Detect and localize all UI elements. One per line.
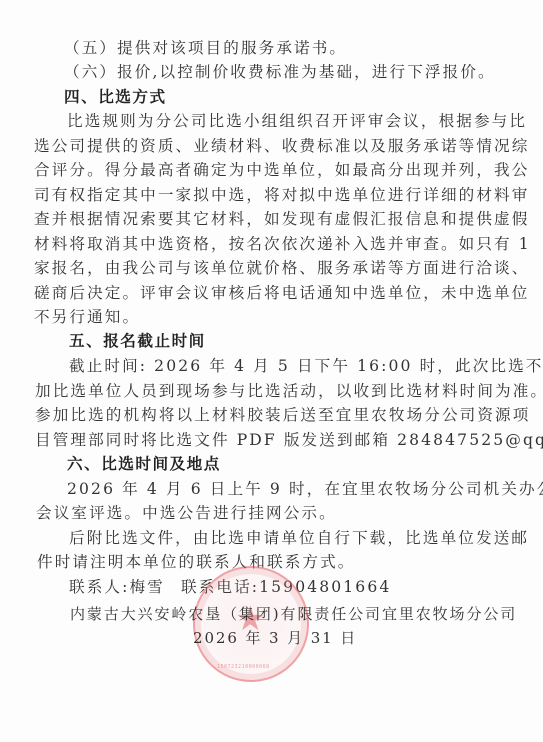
section-4-line-8: 磋商后决定。评审会议审核后将电话通知中选单位，未中选单位 — [34, 283, 472, 303]
document-page: （五）提供对该项目的服务承诺书。 （六）报价,以控制价收费标准为基础，进行下浮报… — [0, 0, 543, 742]
section-6-line-1: 2026 年 4 月 6 日上午 9 时，在宜里农牧场分公司机关办公楼 — [67, 479, 469, 499]
section-4-line-2: 选公司提供的资质、业绩材料、收费标准以及服务承诺等情况综 — [34, 136, 472, 156]
section-4-line-3: 合评分。得分最高者确定为中选单位，如最高分出现并列，我公 — [34, 160, 472, 180]
section-4-line-7: 家报名，由我公司与该单位就价格、服务承诺等方面进行洽谈、 — [34, 258, 464, 278]
contact-person-label: 联系人: — [69, 578, 129, 596]
section-4-heading: 四、比选方式 — [64, 87, 167, 107]
section-6-heading: 六、比选时间及地点 — [67, 454, 221, 474]
section-5-line-3: 参加比选的机构将以上材料胶装后送至宜里农牧场分公司资源项 — [35, 405, 471, 425]
item-5: （五）提供对该项目的服务承诺书。 — [64, 38, 347, 58]
section-5-line-4: 目管理部同时将比选文件 PDF 版发送到邮箱 284847525@qq.com。 — [35, 430, 475, 450]
official-seal-stamp: ★ 150723210000068 — [193, 566, 309, 682]
section-6-line-3: 后附比选文件，由比选申请单位自行下载，比选单位发送邮 — [69, 528, 473, 548]
contact-person-name: 梅雪 — [129, 578, 164, 596]
section-4-line-1: 比选规则为分公司比选小组组织召开评审会议，根据参与比 — [67, 111, 472, 131]
contact-person: 联系人:梅雪 — [69, 577, 165, 597]
section-6-line-2: 会议室评选。中选公告进行挂网公示。 — [36, 503, 337, 523]
item-6: （六）报价,以控制价收费标准为基础，进行下浮报价。 — [64, 62, 496, 82]
section-4-line-5: 查并根据情况索要其它材料，如发现有虚假汇报信息和提供虚假 — [34, 209, 472, 229]
section-4-line-4: 司有权指定其中一家拟中选，将对拟中选单位进行详细的材料审 — [34, 185, 472, 205]
section-4-line-9: 不另行通知。 — [34, 307, 140, 327]
section-6-line-4: 件时请注明本单位的联系人和联系方式。 — [37, 552, 356, 572]
section-5-line-2: 加比选单位人员到现场参与比选活动，以收到比选材料时间为准。 — [35, 381, 473, 401]
stamp-code: 150723210000068 — [217, 664, 270, 670]
signature-organization: 内蒙古大兴安岭农垦（集团)有限责任公司宜里农牧场分公司 — [70, 604, 517, 624]
signature-date: 2026 年 3 月 31 日 — [193, 628, 357, 648]
section-5-heading: 五、报名截止时间 — [69, 331, 206, 351]
section-4-line-6: 材料将取消其中选资格，按名次依次递补入选并审查。如只有 1 — [34, 234, 470, 254]
section-5-line-1: 截止时间: 2026 年 4 月 5 日下午 16:00 时，此次比选不需要参 — [69, 356, 469, 376]
